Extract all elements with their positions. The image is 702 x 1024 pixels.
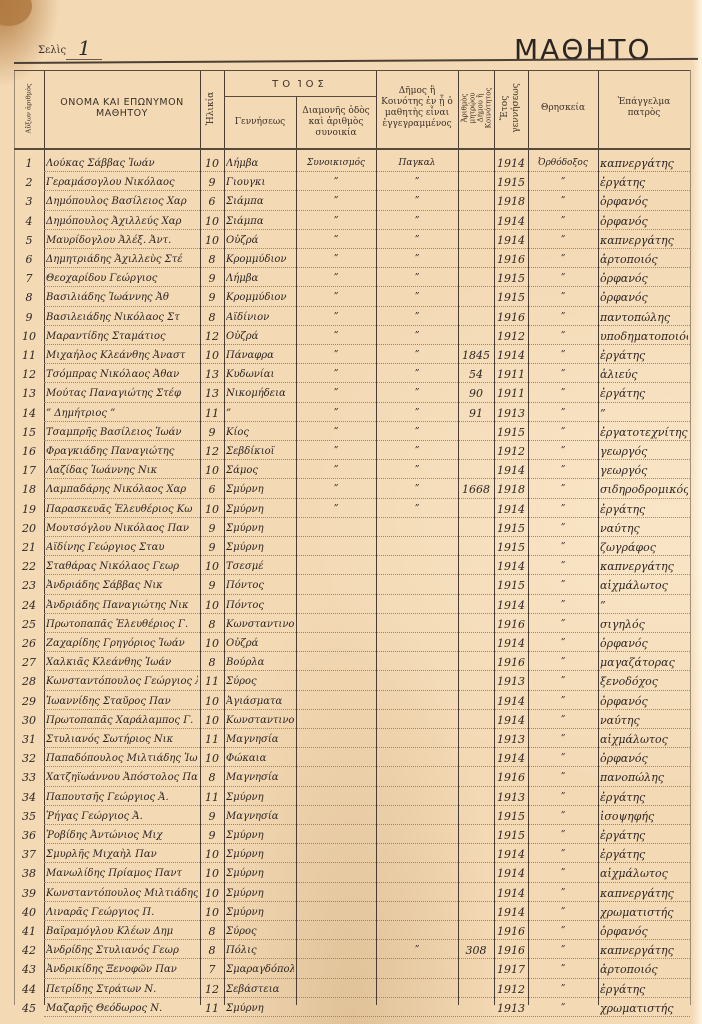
table-cell-occ: ναύτης — [600, 711, 688, 730]
table-cell-reg — [460, 884, 492, 903]
table-cell-n: 23 — [16, 576, 42, 595]
table-cell-age: 8 — [202, 653, 222, 672]
header-serial: Αὔξων ἀριθμὸς — [14, 70, 44, 146]
table-cell-name: Σταθάρας Νικόλαος Γεωρ — [46, 557, 198, 576]
table-cell-age: 8 — [202, 308, 222, 327]
table-cell-rel: ” — [530, 653, 596, 672]
table-cell-name: ” Δημήτριος ” — [46, 404, 198, 423]
table-cell-occ: αἰχμάλωτος — [600, 576, 688, 595]
table-cell-occ: ὀρφανός — [600, 212, 688, 231]
table-cell-mun — [378, 730, 456, 749]
table-cell-occ: ὀρφανός — [600, 692, 688, 711]
table-cell-year: 1915 — [496, 173, 526, 192]
table-cell-year: 1915 — [496, 423, 526, 442]
table-cell-reg: 91 — [460, 404, 492, 423]
table-cell-rel: ” — [530, 365, 596, 384]
table-cell-name: Τσαμπρῆς Βασίλειος Ἰωάν — [46, 423, 198, 442]
table-cell-year: 1917 — [496, 960, 526, 979]
table-cell-rel: ” — [530, 960, 596, 979]
table-cell-occ: ἐργάτης — [600, 384, 688, 403]
table-cell-rel: ” — [530, 173, 596, 192]
table-cell-n: 31 — [16, 730, 42, 749]
table-cell-mun — [378, 768, 456, 787]
table-cell-reg — [460, 250, 492, 269]
sheet-number-underline — [66, 59, 102, 60]
table-cell-birth: Λήμβα — [226, 269, 294, 288]
table-cell-name: Κωνσταντόπουλος Μιλτιάδης Κ. — [46, 884, 198, 903]
table-cell-name: Παπουτσῆς Γεώργιος Ἀ. — [46, 788, 198, 807]
table-cell-reg: 90 — [460, 384, 492, 403]
table-cell-occ: παντοπώλης — [600, 308, 688, 327]
table-cell-name: Δημόπουλος Βασίλειος Χαρ — [46, 192, 198, 211]
table-cell-occ: ἐργάτης — [600, 173, 688, 192]
table-cell-occ: ξενοδόχος — [600, 672, 688, 691]
table-cell-rel: ” — [530, 768, 596, 787]
table-cell-reg — [460, 423, 492, 442]
table-cell-year: 1912 — [496, 442, 526, 461]
table-cell-birth: Σμύρνη — [226, 845, 294, 864]
sheet-label: Σελὶς — [38, 45, 66, 56]
table-cell-year: 1918 — [496, 480, 526, 499]
table-cell-reg — [460, 308, 492, 327]
table-cell-reg — [460, 615, 492, 634]
table-cell-reg — [460, 672, 492, 691]
table-cell-birth: Μαγνησία — [226, 768, 294, 787]
table-cell-mun — [378, 653, 456, 672]
table-cell-n: 20 — [16, 519, 42, 538]
table-cell-rel: Ὀρθόδοξος — [530, 154, 596, 173]
table-cell-year: 1915 — [496, 538, 526, 557]
table-cell-year: 1914 — [496, 346, 526, 365]
table-cell-res — [298, 980, 374, 999]
table-cell-age: 10 — [202, 692, 222, 711]
header-religion: Θρησκεία — [528, 70, 598, 146]
table-cell-reg — [460, 788, 492, 807]
table-cell-n: 25 — [16, 615, 42, 634]
table-cell-res: ” — [298, 365, 374, 384]
table-cell-mun: ” — [378, 173, 456, 192]
table-cell-rel: ” — [530, 404, 596, 423]
table-cell-reg — [460, 749, 492, 768]
table-cell-birth: Οὐζρά — [226, 231, 294, 250]
table-cell-occ: γεωργός — [600, 461, 688, 480]
table-cell-res — [298, 653, 374, 672]
table-cell-rel: ” — [530, 538, 596, 557]
table-cell-age: 10 — [202, 346, 222, 365]
table-cell-reg: 1845 — [460, 346, 492, 365]
table-cell-n: 45 — [16, 999, 42, 1018]
table-cell-reg — [460, 730, 492, 749]
table-cell-n: 29 — [16, 692, 42, 711]
table-cell-year: 1913 — [496, 730, 526, 749]
table-cell-name: Βασιλιάδης Ἰωάννης Ἀθ — [46, 288, 198, 307]
table-cell-res: ” — [298, 423, 374, 442]
table-cell-occ: χρωματιστής — [600, 999, 688, 1018]
table-cell-birth: Σμύρνη — [226, 999, 294, 1018]
table-cell-birth: Σμύρνη — [226, 788, 294, 807]
table-cell-year: 1914 — [496, 884, 526, 903]
table-cell-year: 1915 — [496, 519, 526, 538]
table-cell-mun — [378, 884, 456, 903]
table-cell-age: 10 — [202, 231, 222, 250]
table-cell-n: 1 — [16, 154, 42, 173]
table-cell-birth: Κυδωνίαι — [226, 365, 294, 384]
table-cell-occ: ἐργάτης — [600, 500, 688, 519]
sheet-number: 1 — [78, 36, 91, 60]
table-cell-res — [298, 672, 374, 691]
table-cell-age: 8 — [202, 615, 222, 634]
table-cell-birth: Κωνσταντινούπολις — [226, 711, 294, 730]
table-cell-name: Πετρίδης Στράτων Ν. — [46, 980, 198, 999]
table-cell-n: 12 — [16, 365, 42, 384]
table-cell-age: 11 — [202, 999, 222, 1018]
table-cell-reg — [460, 922, 492, 941]
table-cell-reg — [460, 557, 492, 576]
table-cell-birth: Πόλις — [226, 941, 294, 960]
table-cell-reg — [460, 269, 492, 288]
table-cell-rel: ” — [530, 576, 596, 595]
table-cell-name: Ἰωαννίδης Σταῦρος Παν — [46, 692, 198, 711]
table-cell-birth: Αϊδίνιον — [226, 308, 294, 327]
table-cell-res — [298, 826, 374, 845]
table-cell-year: 1911 — [496, 384, 526, 403]
table-cell-n: 27 — [16, 653, 42, 672]
table-cell-mun: ” — [378, 404, 456, 423]
table-cell-rel: ” — [530, 596, 596, 615]
table-cell-year: 1914 — [496, 231, 526, 250]
table-cell-birth: Ἀγιάσματα — [226, 692, 294, 711]
table-cell-occ: ὀρφανός — [600, 749, 688, 768]
table-cell-mun — [378, 596, 456, 615]
table-cell-occ: ἁλιεύς — [600, 365, 688, 384]
table-cell-name: Χαλκιᾶς Κλεάνθης Ἰωάν — [46, 653, 198, 672]
table-cell-n: 7 — [16, 269, 42, 288]
table-cell-res — [298, 922, 374, 941]
table-cell-reg — [460, 442, 492, 461]
table-cell-year: 1916 — [496, 922, 526, 941]
table-cell-mun — [378, 672, 456, 691]
table-cell-age: 8 — [202, 941, 222, 960]
table-cell-res — [298, 960, 374, 979]
table-cell-occ: ὀρφανός — [600, 922, 688, 941]
table-cell-birth: Μαγνησία — [226, 807, 294, 826]
table-cell-year: 1914 — [496, 845, 526, 864]
table-cell-rel: ” — [530, 941, 596, 960]
table-cell-year: 1914 — [496, 634, 526, 653]
table-cell-year: 1914 — [496, 749, 526, 768]
table-cell-mun — [378, 826, 456, 845]
page-edge — [692, 0, 702, 1024]
table-cell-occ: ἀρτοποιός — [600, 960, 688, 979]
table-cell-rel: ” — [530, 480, 596, 499]
table-cell-year: 1914 — [496, 596, 526, 615]
table-cell-birth: Σμύρνη — [226, 903, 294, 922]
table-cell-reg — [460, 960, 492, 979]
table-cell-year: 1916 — [496, 768, 526, 787]
table-cell-occ: ἰσοψηφής — [600, 807, 688, 826]
table-cell-occ: ἐργάτης — [600, 788, 688, 807]
table-cell-birth: Νικομήδεια — [226, 384, 294, 403]
table-cell-age: 9 — [202, 288, 222, 307]
table-cell-n: 34 — [16, 788, 42, 807]
table-cell-year: 1914 — [496, 212, 526, 231]
table-cell-name: Πρωτοπαπᾶς Χαράλαμπος Γ. — [46, 711, 198, 730]
table-cell-age: 11 — [202, 404, 222, 423]
table-cell-mun — [378, 711, 456, 730]
table-cell-name: Παπαδόπουλος Μιλτιάδης Ἰωαν — [46, 749, 198, 768]
table-cell-reg — [460, 327, 492, 346]
table-cell-occ: ὀρφανός — [600, 288, 688, 307]
table-cell-n: 43 — [16, 960, 42, 979]
table-cell-mun — [378, 557, 456, 576]
table-cell-res: ” — [298, 346, 374, 365]
table-cell-year: 1914 — [496, 500, 526, 519]
table-cell-year: 1914 — [496, 711, 526, 730]
table-cell-mun: Παγκαλ — [378, 154, 456, 173]
table-cell-name: Ῥοβίδης Ἀντώνιος Μιχ — [46, 826, 198, 845]
table-cell-birth: Σμύρνη — [226, 538, 294, 557]
table-cell-mun — [378, 634, 456, 653]
table-cell-res — [298, 884, 374, 903]
table-cell-rel: ” — [530, 269, 596, 288]
table-cell-occ: ἐργάτης — [600, 980, 688, 999]
table-cell-res — [298, 749, 374, 768]
table-cell-reg — [460, 500, 492, 519]
table-cell-reg: 54 — [460, 365, 492, 384]
table-cell-year: 1911 — [496, 365, 526, 384]
table-cell-age: 11 — [202, 730, 222, 749]
table-cell-birth: Σμύρνη — [226, 864, 294, 883]
table-cell-reg: 1668 — [460, 480, 492, 499]
table-cell-year: 1914 — [496, 864, 526, 883]
table-cell-n: 19 — [16, 500, 42, 519]
table-cell-occ: καπνεργάτης — [600, 231, 688, 250]
table-cell-reg — [460, 576, 492, 595]
table-cell-res: ” — [298, 212, 374, 231]
table-cell-birth: Πόντος — [226, 576, 294, 595]
table-cell-mun — [378, 864, 456, 883]
table-cell-n: 15 — [16, 423, 42, 442]
table-cell-n: 21 — [16, 538, 42, 557]
table-cell-age: 10 — [202, 461, 222, 480]
table-cell-rel: ” — [530, 250, 596, 269]
table-cell-birth: ” — [226, 404, 294, 423]
table-cell-name: Πρωτοπαπᾶς Ἐλευθέριος Γ. — [46, 615, 198, 634]
table-cell-year: 1914 — [496, 461, 526, 480]
table-cell-name: Φραγκιάδης Παναγιώτης — [46, 442, 198, 461]
table-cell-age: 7 — [202, 960, 222, 979]
table-cell-mun: ” — [378, 423, 456, 442]
table-cell-birth: Σμύρνη — [226, 519, 294, 538]
table-cell-age: 10 — [202, 884, 222, 903]
table-cell-occ: σιγηλός — [600, 615, 688, 634]
table-cell-reg — [460, 288, 492, 307]
table-cell-year: 1915 — [496, 269, 526, 288]
table-cell-res — [298, 596, 374, 615]
table-cell-res: ” — [298, 192, 374, 211]
table-cell-n: 17 — [16, 461, 42, 480]
table-cell-res — [298, 711, 374, 730]
table-cell-res — [298, 576, 374, 595]
table-cell-age: 10 — [202, 500, 222, 519]
table-cell-year: 1914 — [496, 692, 526, 711]
table-cell-rel: ” — [530, 864, 596, 883]
table-cell-n: 18 — [16, 480, 42, 499]
table-cell-res — [298, 999, 374, 1018]
table-cell-rel: ” — [530, 442, 596, 461]
table-cell-year: 1913 — [496, 672, 526, 691]
table-cell-reg — [460, 980, 492, 999]
corner-stain — [0, 0, 32, 26]
table-cell-age: 6 — [202, 480, 222, 499]
table-cell-birth: Σάμος — [226, 461, 294, 480]
table-cell-occ: ὀρφανός — [600, 192, 688, 211]
table-cell-reg — [460, 461, 492, 480]
table-cell-occ: καπνεργάτης — [600, 154, 688, 173]
table-cell-name: Σμυρλῆς Μιχαὴλ Παν — [46, 845, 198, 864]
table-cell-occ: ἐργάτης — [600, 826, 688, 845]
table-cell-rel: ” — [530, 788, 596, 807]
table-cell-mun: ” — [378, 231, 456, 250]
table-cell-mun: ” — [378, 192, 456, 211]
table-cell-res — [298, 519, 374, 538]
table-cell-res: ” — [298, 480, 374, 499]
table-cell-name: Μαζαρῆς Θεόδωρος Ν. — [46, 999, 198, 1018]
table-cell-n: 9 — [16, 308, 42, 327]
table-cell-res — [298, 788, 374, 807]
table-cell-n: 41 — [16, 922, 42, 941]
topos-merge — [295, 71, 298, 96]
header-age: Ἡλικία — [200, 70, 224, 146]
table-cell-rel: ” — [530, 980, 596, 999]
table-cell-reg — [460, 711, 492, 730]
table-cell-year: 1913 — [496, 788, 526, 807]
table-cell-res — [298, 730, 374, 749]
table-cell-n: 4 — [16, 212, 42, 231]
table-cell-occ: ὀρφανός — [600, 269, 688, 288]
table-cell-age: 9 — [202, 538, 222, 557]
table-cell-name: Ἀνδρίδης Στυλιανός Γεωρ — [46, 941, 198, 960]
table-cell-mun — [378, 845, 456, 864]
table-cell-year: 1914 — [496, 154, 526, 173]
table-cell-birth: Πόντος — [226, 596, 294, 615]
student-register-table: Αὔξων ἀριθμὸς ΟΝΟΜΑ ΚΑΙ ΕΠΩΝΥΜΟΝ ΜΑΘΗΤΟΥ… — [14, 70, 690, 1005]
header-birth-place: Γεννήσεως — [224, 98, 296, 146]
table-cell-occ: καπνεργάτης — [600, 557, 688, 576]
table-cell-name: Λαζίδας Ἰωάννης Νικ — [46, 461, 198, 480]
table-cell-birth: Φώκαια — [226, 749, 294, 768]
table-cell-mun — [378, 807, 456, 826]
table-cell-mun — [378, 999, 456, 1018]
table-cell-birth: Οὐζρά — [226, 634, 294, 653]
table-cell-occ: ἀρτοποιός — [600, 250, 688, 269]
header-name: ΟΝΟΜΑ ΚΑΙ ΕΠΩΝΥΜΟΝ ΜΑΘΗΤΟΥ — [44, 70, 200, 146]
table-cell-n: 36 — [16, 826, 42, 845]
table-cell-name: Χατζηϊωάννου Ἀπόστολος Παν — [46, 768, 198, 787]
table-cell-res — [298, 615, 374, 634]
table-cell-name: Μιχαήλος Κλεάνθης Ἀναστ — [46, 346, 198, 365]
table-cell-rel: ” — [530, 461, 596, 480]
table-cell-rel: ” — [530, 519, 596, 538]
table-cell-year: 1914 — [496, 903, 526, 922]
table-cell-n: 42 — [16, 941, 42, 960]
table-cell-rel: ” — [530, 711, 596, 730]
table-cell-mun — [378, 980, 456, 999]
table-cell-name: Μαυρίδογλου Ἀλέξ. Ἀντ. — [46, 231, 198, 250]
table-cell-age: 10 — [202, 596, 222, 615]
table-cell-age: 12 — [202, 327, 222, 346]
table-cell-rel: ” — [530, 327, 596, 346]
table-cell-n: 8 — [16, 288, 42, 307]
topos-subrule — [224, 96, 376, 97]
table-cell-n: 44 — [16, 980, 42, 999]
table-cell-n: 13 — [16, 384, 42, 403]
table-cell-mun — [378, 615, 456, 634]
table-cell-birth: Πάναφρα — [226, 346, 294, 365]
table-cell-res — [298, 634, 374, 653]
table-cell-birth: Βούρλα — [226, 653, 294, 672]
table-cell-n: 22 — [16, 557, 42, 576]
table-cell-age: 10 — [202, 557, 222, 576]
table-cell-name: Τσόμπρας Νικόλαος Ἀθαν — [46, 365, 198, 384]
table-cell-res: ” — [298, 327, 374, 346]
table-cell-res: ” — [298, 231, 374, 250]
table-cell-reg — [460, 231, 492, 250]
table-cell-birth: Σμύρνη — [226, 884, 294, 903]
table-cell-year: 1912 — [496, 327, 526, 346]
table-cell-reg — [460, 807, 492, 826]
table-cell-reg — [460, 768, 492, 787]
table-cell-rel: ” — [530, 288, 596, 307]
table-cell-res — [298, 692, 374, 711]
table-cell-n: 32 — [16, 749, 42, 768]
table-cell-reg — [460, 634, 492, 653]
table-cell-age: 9 — [202, 519, 222, 538]
page-title: ΜΑΘΗΤΟ — [514, 33, 652, 66]
table-cell-name: Ἀνδριάδης Σάββας Νικ — [46, 576, 198, 595]
table-cell-name: Λιναρᾶς Γεώργιος Π. — [46, 903, 198, 922]
table-cell-mun: ” — [378, 269, 456, 288]
table-cell-age: 10 — [202, 711, 222, 730]
table-cell-res: ” — [298, 173, 374, 192]
table-cell-res: ” — [298, 442, 374, 461]
table-cell-name: Ῥήγας Γεώργιος Ἀ. — [46, 807, 198, 826]
table-cell-n: 16 — [16, 442, 42, 461]
table-cell-n: 28 — [16, 672, 42, 691]
table-cell-mun: ” — [378, 346, 456, 365]
table-cell-rel: ” — [530, 692, 596, 711]
table-cell-rel: ” — [530, 672, 596, 691]
table-cell-rel: ” — [530, 903, 596, 922]
table-cell-n: 14 — [16, 404, 42, 423]
table-cell-mun — [378, 922, 456, 941]
table-cell-age: 10 — [202, 749, 222, 768]
column-rule — [14, 70, 15, 1005]
table-cell-n: 38 — [16, 864, 42, 883]
table-cell-year: 1915 — [496, 826, 526, 845]
header-rule — [14, 148, 690, 150]
table-cell-occ: καπνεργάτης — [600, 941, 688, 960]
table-cell-age: 8 — [202, 922, 222, 941]
table-cell-age: 10 — [202, 864, 222, 883]
table-cell-age: 9 — [202, 269, 222, 288]
table-cell-res: ” — [298, 384, 374, 403]
table-cell-res — [298, 845, 374, 864]
table-cell-birth: Σιάμπα — [226, 212, 294, 231]
table-cell-rel: ” — [530, 634, 596, 653]
table-cell-name: Γεραμάσογλου Νικόλαος — [46, 173, 198, 192]
table-cell-name: Θεοχαρίδου Γεώργιος — [46, 269, 198, 288]
